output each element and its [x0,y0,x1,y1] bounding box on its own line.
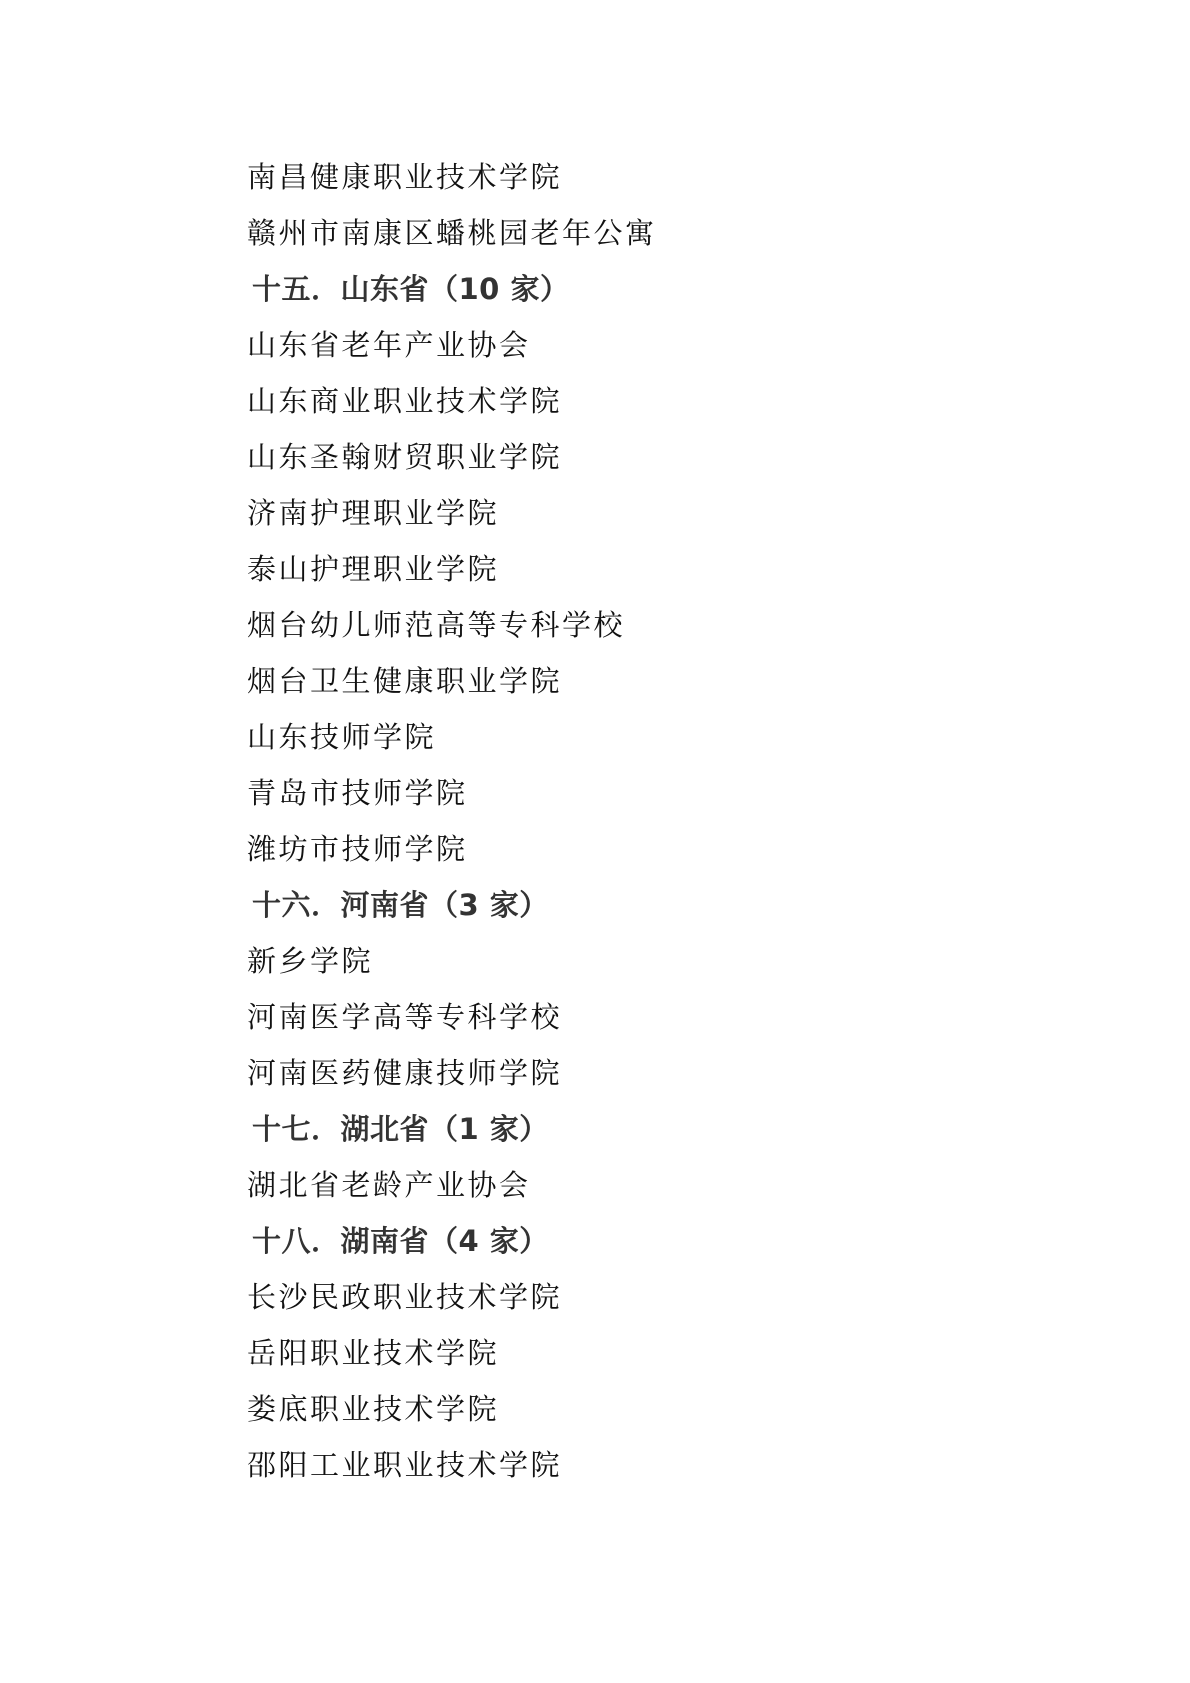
list-item: 赣州市南康区蟠桃园老年公寓 [247,205,1007,261]
list-item: 烟台卫生健康职业学院 [247,653,1007,709]
list-item: 济南护理职业学院 [247,485,1007,541]
list-item: 烟台幼儿师范高等专科学校 [247,597,1007,653]
section-heading-henan: 十六．河南省（3 家） [247,877,1007,933]
list-item: 邵阳工业职业技术学院 [247,1437,1007,1493]
list-item: 岳阳职业技术学院 [247,1325,1007,1381]
list-item: 山东圣翰财贸职业学院 [247,429,1007,485]
section-heading-hubei: 十七．湖北省（1 家） [247,1101,1007,1157]
list-item: 山东技师学院 [247,709,1007,765]
document-body: 南昌健康职业技术学院 赣州市南康区蟠桃园老年公寓 十五．山东省（10 家） 山东… [247,149,1007,1493]
list-item: 河南医药健康技师学院 [247,1045,1007,1101]
list-item: 河南医学高等专科学校 [247,989,1007,1045]
list-item: 青岛市技师学院 [247,765,1007,821]
list-item: 湖北省老龄产业协会 [247,1157,1007,1213]
list-item: 南昌健康职业技术学院 [247,149,1007,205]
list-item: 山东商业职业技术学院 [247,373,1007,429]
document-page: 南昌健康职业技术学院 赣州市南康区蟠桃园老年公寓 十五．山东省（10 家） 山东… [0,0,1190,1683]
list-item: 山东省老年产业协会 [247,317,1007,373]
list-item: 长沙民政职业技术学院 [247,1269,1007,1325]
section-heading-shandong: 十五．山东省（10 家） [247,261,1007,317]
list-item: 新乡学院 [247,933,1007,989]
list-item: 娄底职业技术学院 [247,1381,1007,1437]
section-heading-hunan: 十八．湖南省（4 家） [247,1213,1007,1269]
list-item: 潍坊市技师学院 [247,821,1007,877]
list-item: 泰山护理职业学院 [247,541,1007,597]
